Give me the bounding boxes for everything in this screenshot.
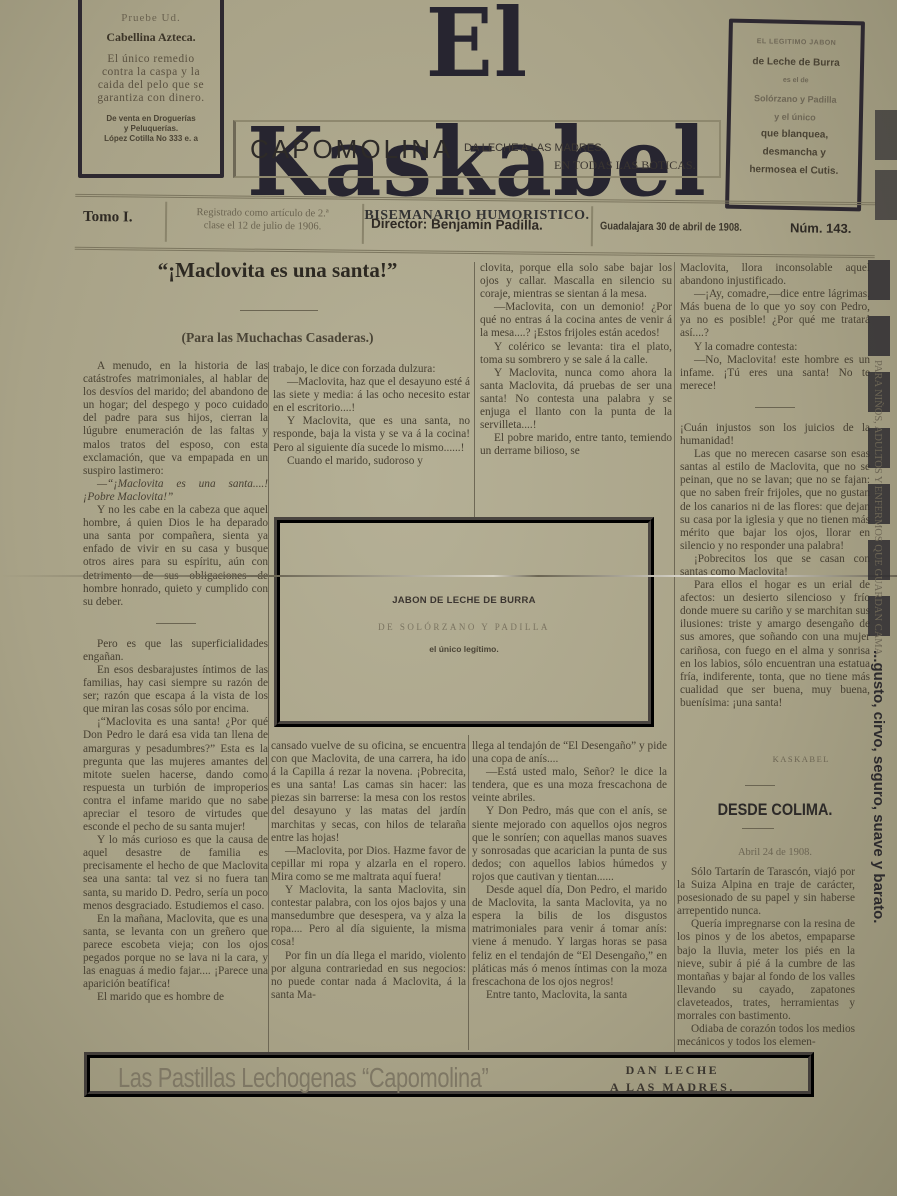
capomolina-line1: DA LECHE A LAS MADRES. — [464, 142, 605, 154]
paragraph: Cuando el marido, sudoroso y — [273, 455, 470, 468]
paragraph: En esos desbarajustes íntimos de las fam… — [83, 664, 268, 716]
paragraph: Desde aquel día, Don Pedro, el marido de… — [472, 884, 667, 989]
column-divider — [674, 262, 675, 1052]
ad-left-footer-2: y Peluquerías. — [82, 124, 220, 134]
paragraph: Las que no merecen casarse son esas sant… — [680, 448, 870, 553]
director-credit: Director: Benjamin Padilla. — [371, 216, 543, 233]
column-divider — [268, 362, 269, 1052]
colima-date: Abril 24 de 1908. — [690, 847, 860, 858]
article-column-2-bottom: cansado vuelve de su oficina, se encuent… — [271, 740, 466, 1002]
column-divider — [468, 735, 469, 1050]
paragraph: Sólo Tartarín de Tarascón, viajó por la … — [677, 866, 855, 918]
soap-ad-line3: el único legítimo. — [280, 644, 648, 654]
masthead: El Kaskabel BISEMANARIO HUMORISTICO. — [232, 0, 722, 224]
paragraph: Y Maclovita, la santa Maclovita, sin con… — [271, 884, 466, 949]
banner-tagline: DAN LECHE A LAS MADRES. — [610, 1062, 735, 1096]
paragraph: —Maclovita, haz que el desayuno esté á l… — [273, 376, 470, 415]
registration-line1: Registrado como artículo de 2.ª — [175, 206, 350, 221]
ad-right-line1: EL LEGITIMO JABON — [732, 35, 860, 52]
issue-number: Núm. 143. — [790, 220, 852, 236]
paragraph: En la mañana, Maclovita, que es una sant… — [83, 913, 268, 992]
paper-fold-crease — [0, 575, 897, 577]
banner-product: Las Pastillas Lechogenas “Capomolina” — [118, 1062, 488, 1094]
title-rule — [240, 310, 318, 311]
paragraph: Y colérico se levanta: tira el plato, to… — [480, 341, 672, 367]
paragraph: El pobre marido, entre tanto, temiendo u… — [480, 432, 672, 458]
paragraph: ¡Cuán injustos son los juicios de la hum… — [680, 422, 870, 448]
paragraph: Y Don Pedro, más que con el anís, se sie… — [472, 805, 667, 884]
issue-info-strip: Tomo I. Registrado como artículo de 2.ª … — [75, 194, 876, 258]
place-date: Guadalajara 30 de abril de 1908. — [600, 220, 742, 233]
colima-body: Sólo Tartarín de Tarascón, viajó por la … — [677, 866, 855, 1049]
article-column-3-bottom: llega al tendajón de “El Desengaño” y pi… — [472, 740, 667, 1002]
section-rule — [745, 785, 775, 786]
paragraph: Y Maclovita, que es una santa, no respon… — [273, 415, 470, 454]
registration-note: Registrado como artículo de 2.ª clase el… — [175, 206, 350, 234]
article-column-1: A menudo, en la historia de las catástro… — [83, 360, 268, 1004]
ad-right-line7: desmancha y — [730, 145, 858, 162]
registration-line2: clase el 12 de julio de 1906. — [175, 219, 350, 234]
ad-right-line3: es el de — [732, 73, 860, 90]
capomolina-header-ad: CAPOMOLINA DA LECHE A LAS MADRES. EN TOD… — [233, 120, 721, 178]
paragraph: Maclovita, llora inconsolable aquel aban… — [680, 262, 870, 288]
ad-right-line4: Solórzano y Padilla — [731, 91, 859, 108]
article-title: “¡Maclovita es una santa!” — [85, 258, 470, 283]
article-column-3-top: clovita, porque ella solo sabe bajar los… — [480, 262, 672, 458]
paragraph: —“¡Maclovita es una santa....! ¡Pobre Ma… — [83, 478, 268, 504]
paragraph: Y lo más curioso es que la causa de aque… — [83, 834, 268, 913]
ad-left-body: El único remedio contra la caspa y la ca… — [82, 53, 220, 105]
ad-right-line2: de Leche de Burra — [732, 55, 860, 72]
article-signature: KASKABEL — [690, 754, 830, 764]
paragraph: —No, Maclovita! este hombre es un infame… — [680, 354, 870, 393]
article-column-4: Maclovita, llora inconsolable aquel aban… — [680, 262, 870, 710]
soap-ad-line1: JABON DE LECHE DE BURRA — [280, 595, 648, 606]
adjacent-page-vertical-slogan: ...gusto, cirvo, seguro, suave y barato. — [870, 650, 887, 1050]
adjacent-page-heading-fragment — [875, 0, 897, 220]
paragraph: —Maclovita, por Dios. Hazme favor de cep… — [271, 845, 466, 884]
newspaper-title: El Kaskabel — [232, 0, 722, 221]
paragraph: llega al tendajón de “El Desengaño” y pi… — [472, 740, 667, 766]
ad-left-footer-3: López Cotilla No 333 e. a — [82, 134, 220, 144]
ad-left-product: Cabellina Azteca. — [82, 30, 220, 45]
capomolina-line2: EN TODAS LAS BOTICAS. — [554, 158, 696, 173]
paragraph: cansado vuelve de su oficina, se encuent… — [271, 740, 466, 845]
paragraph: Por fin un día llega el marido, violento… — [271, 950, 466, 1002]
ad-left-footer: De venta en Droguerías y Peluquerías. Ló… — [82, 114, 220, 144]
ad-cabellina-azteca: Pruebe Ud. Cabellina Azteca. El único re… — [78, 0, 224, 178]
paragraph: A menudo, en la historia de las catástro… — [83, 360, 268, 478]
paragraph: Y Maclovita, nunca como ahora la santa M… — [480, 367, 672, 432]
ad-jabon-box: JABON DE LECHE DE BURRA DE SOLÓRZANO Y P… — [274, 517, 654, 727]
paragraph: trabajo, le dice con forzada dulzura: — [273, 363, 470, 376]
divider — [591, 206, 593, 246]
volume-label: Tomo I. — [83, 209, 133, 227]
ad-right-line5: y el único — [731, 109, 859, 126]
capomolina-brand: CAPOMOLINA — [250, 134, 453, 165]
paragraph: Quería impregnarse con la resina de los … — [677, 918, 855, 1023]
ad-right-line8: hermosea el Cutis. — [730, 163, 858, 180]
banner-tagline-1: DAN LECHE — [610, 1062, 735, 1079]
paragraph: ¡“Maclovita es una santa! ¿Por qué Don P… — [83, 716, 268, 834]
divider — [362, 204, 364, 244]
paragraph: clovita, porque ella solo sabe bajar los… — [480, 262, 672, 301]
section-rule — [156, 623, 196, 624]
paragraph: El marido que es hombre de — [83, 991, 268, 1004]
soap-ad-line2: DE SOLÓRZANO Y PADILLA — [280, 622, 648, 632]
article-column-2-top: trabajo, le dice con forzada dulzura: —M… — [273, 363, 470, 468]
column-divider — [474, 262, 475, 517]
paragraph: Y no les cabe en la cabeza que aquel hom… — [83, 504, 268, 609]
colima-title: DESDE COLIMA. — [703, 800, 848, 820]
paragraph: Entre tanto, Maclovita, la santa — [472, 989, 667, 1002]
paragraph: —¡Ay, comadre,—dice entre lágrimas. Más … — [680, 288, 870, 340]
ad-left-footer-1: De venta en Droguerías — [82, 114, 220, 124]
divider — [165, 202, 167, 242]
section-rule — [755, 407, 795, 408]
ad-right-line6: que blanquea, — [730, 127, 858, 144]
paragraph: —Está usted malo, Señor? le dice la tend… — [472, 766, 667, 805]
paragraph: —Maclovita, con un demonio! ¿Por qué no … — [480, 301, 672, 340]
ad-left-line1: Pruebe Ud. — [82, 12, 220, 24]
article-subtitle: (Para las Muchachas Casaderas.) — [85, 330, 470, 346]
section-rule — [742, 828, 774, 829]
paragraph: Para ellos el hogar es un erial de afect… — [680, 579, 870, 710]
paragraph: Pero es que las superficialidades engaña… — [83, 638, 268, 664]
ad-jabon-leche-burra: EL LEGITIMO JABON de Leche de Burra es e… — [725, 19, 865, 212]
paragraph: Y la comadre contesta: — [680, 341, 870, 354]
paragraph: Odiaba de corazón todos los medios mecán… — [677, 1023, 855, 1049]
banner-tagline-2: A LAS MADRES. — [610, 1079, 735, 1096]
bottom-banner-ad: Las Pastillas Lechogenas “Capomolina” DA… — [84, 1052, 814, 1097]
